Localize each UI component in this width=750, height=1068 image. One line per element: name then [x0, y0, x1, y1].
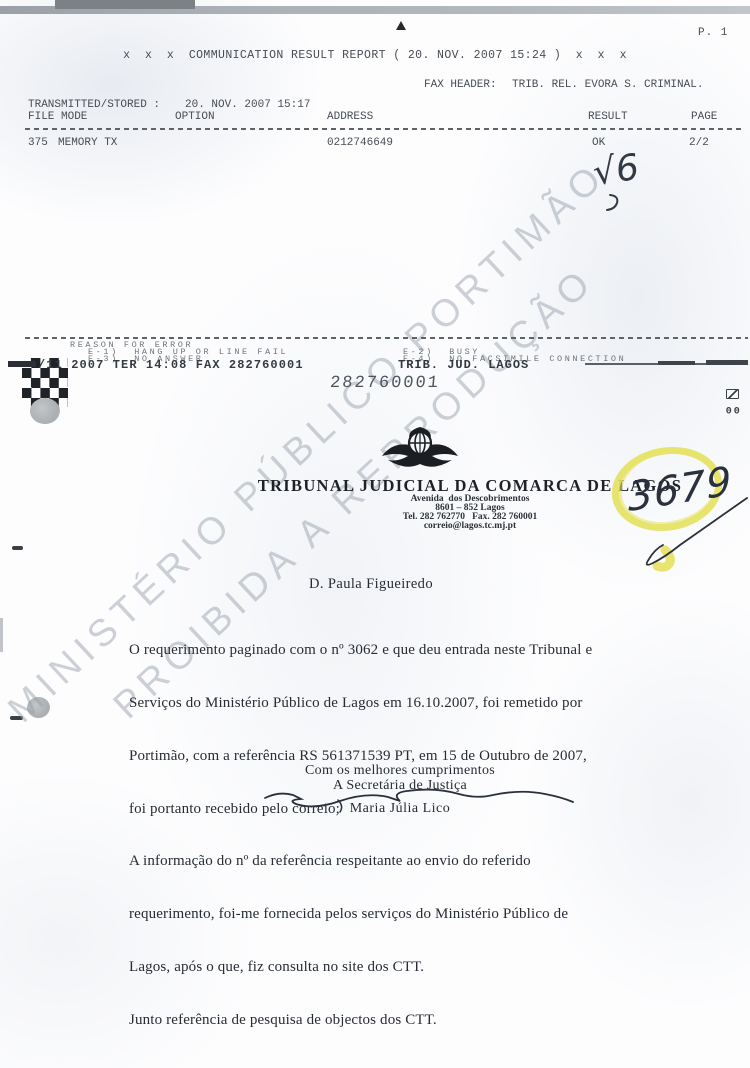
report-title: x x x COMMUNICATION RESULT REPORT ( 20. … — [0, 49, 750, 62]
fax-page-counter: 00 — [708, 367, 742, 439]
separator-rule-dashed — [25, 337, 748, 339]
recipient-name: D. Paula Figueiredo — [240, 576, 502, 593]
check-mark-squiggle — [607, 195, 617, 210]
fax-page-icon — [726, 389, 739, 399]
scan-mark-triangle — [396, 21, 406, 30]
row-mode: MEMORY TX — [58, 137, 117, 149]
row-page-count: 2/2 — [689, 137, 709, 149]
underline-thick-2 — [706, 360, 748, 365]
page-marker: P. 1 — [698, 27, 728, 39]
column-header-option: OPTION — [175, 111, 215, 123]
margin-dash-1 — [12, 546, 23, 550]
court-crest — [374, 422, 466, 474]
scan-smudge-bar — [8, 361, 36, 367]
fax-header-label: FAX HEADER: — [424, 79, 497, 91]
letter-body: O requerimento paginado com o nº 3062 e … — [129, 607, 592, 1064]
scan-top-edge-dark-strip — [55, 0, 195, 9]
highlighter-tick — [657, 550, 670, 567]
fax-tx-line-left: /11 2007 TER 14:08 FAX 282760001 — [38, 358, 304, 372]
body-line: Serviços do Ministério Público de Lagos … — [129, 695, 592, 713]
signature-stroke — [265, 790, 573, 807]
fax-tx-line-station: TRIB. JUD. LAGOS — [398, 358, 529, 372]
underline-thick-1 — [658, 361, 695, 365]
table-rule-dashed — [25, 128, 745, 130]
signature-scribble — [260, 786, 580, 816]
fax-page-counter-value: 00 — [726, 406, 742, 417]
margin-dash-2 — [10, 716, 23, 720]
column-header-result: RESULT — [588, 111, 628, 123]
transmitted-label: TRANSMITTED/STORED : — [28, 99, 160, 111]
closing-line1: Com os melhores cumprimentos — [255, 763, 545, 779]
fax-header-value: TRIB. REL. EVORA S. CRIMINAL. — [512, 79, 703, 91]
row-address: 0212746649 — [327, 137, 393, 149]
scan-blob-2 — [27, 697, 50, 718]
circled-number-text: 3679 — [627, 458, 734, 521]
body-line: requerimento, foi-me fornecida pelos ser… — [129, 906, 592, 924]
transmitted-value: 20. NOV. 2007 15:17 — [185, 99, 310, 111]
scanned-fax-document: MINISTÉRIO PÚBLICO PORTIMÃO PROIBIDA A R… — [0, 0, 750, 1068]
circled-number-annotation: 3679 — [595, 435, 750, 585]
body-line: O requerimento paginado com o nº 3062 e … — [129, 642, 592, 660]
body-line: Junto referência de pesquisa de objectos… — [129, 1012, 592, 1030]
handwritten-check-mark: √6 — [585, 140, 655, 215]
fax-number-display: 282760001 — [329, 374, 440, 393]
scan-blob-1 — [30, 398, 60, 424]
body-line: Lagos, após o que, fiz consulta no site … — [129, 959, 592, 977]
scan-edge-smudge — [0, 618, 3, 652]
check-mark-text: √6 — [590, 147, 641, 194]
column-header-address: ADDRESS — [327, 111, 373, 123]
row-file-number: 375 — [28, 137, 48, 149]
body-line: A informação do nº da referência respeit… — [129, 853, 592, 871]
column-header-file-mode: FILE MODE — [28, 111, 87, 123]
column-header-page: PAGE — [691, 111, 717, 123]
